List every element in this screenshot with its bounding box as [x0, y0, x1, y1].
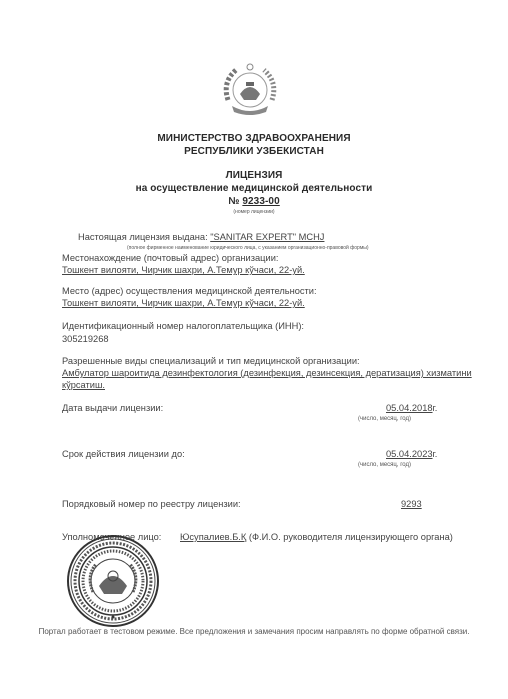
license-number-prefix: № [228, 196, 242, 207]
license-number: № 9233-00 [0, 196, 508, 207]
inn-label: Идентификационный номер налогоплательщик… [62, 321, 304, 331]
portal-notice: Портал работает в тестовом режиме. Все п… [0, 627, 508, 636]
license-number-value: 9233-00 [242, 196, 279, 207]
ministry-name-line1: МИНИСТЕРСТВО ЗДРАВООХРАНЕНИЯ [0, 133, 508, 144]
issued-to-label: Настоящая лицензия выдана: [78, 232, 210, 242]
issue-date-caption: (число, месяц, год) [358, 416, 411, 422]
postal-address-label: Местонахождение (почтовый адрес) организ… [62, 253, 278, 263]
authorized-row: Юсупалиев.Б.Қ (Ф.И.О. руководителя лицен… [180, 532, 453, 542]
issued-to-value: "SANITAR EXPERT" MCHJ [210, 232, 324, 242]
expiry-date-value: 05.04.2023 [386, 449, 433, 459]
specializations-label: Разрешенные виды специализаций и тип мед… [62, 356, 360, 366]
activity-address-label: Место (адрес) осуществления медицинской … [62, 286, 317, 296]
ministry-name-line2: РЕСПУБЛИКИ УЗБЕКИСТАН [0, 146, 508, 157]
postal-address-value: Тошкент вилояти, Чирчик шахри, А.Темур к… [62, 265, 305, 275]
issue-date-label: Дата выдачи лицензии: [62, 403, 163, 413]
specializations-value-line1: Амбулатор шароитида дезинфектология (дез… [62, 368, 472, 378]
document-subtitle: на осуществление медицинской деятельност… [0, 183, 508, 194]
specializations-value-line2: кўрсатиш. [62, 380, 105, 390]
coat-of-arms-icon [218, 60, 282, 118]
issued-to-row: Настоящая лицензия выдана: "SANITAR EXPE… [78, 232, 324, 242]
registry-value: 9293 [401, 499, 422, 509]
expiry-date-suffix: г. [433, 449, 438, 459]
issue-date-value: 05.04.2018 [386, 403, 433, 413]
document-title: ЛИЦЕНЗИЯ [0, 170, 508, 181]
expiry-date-caption: (число, месяц, год) [358, 462, 411, 468]
registry-label: Порядковый номер по реестру лицензии: [62, 499, 241, 509]
authorized-caption: (Ф.И.О. руководителя лицензирующего орга… [246, 532, 453, 542]
activity-address-value: Тошкент вилояти, Чирчик шахри, А.Темур к… [62, 298, 305, 308]
inn-value: 305219268 [62, 334, 109, 344]
expiry-date-row: 05.04.2023г. [386, 449, 437, 459]
expiry-date-label: Срок действия лицензии до: [62, 449, 185, 459]
issue-date-row: 05.04.2018г. [386, 403, 437, 413]
official-seal-icon [66, 534, 160, 628]
authorized-name: Юсупалиев.Б.Қ [180, 532, 246, 542]
issue-date-suffix: г. [433, 403, 438, 413]
issued-to-caption: (полное фирменное наименование юридическ… [127, 245, 369, 251]
license-number-caption: (номер лицензии) [0, 209, 508, 215]
